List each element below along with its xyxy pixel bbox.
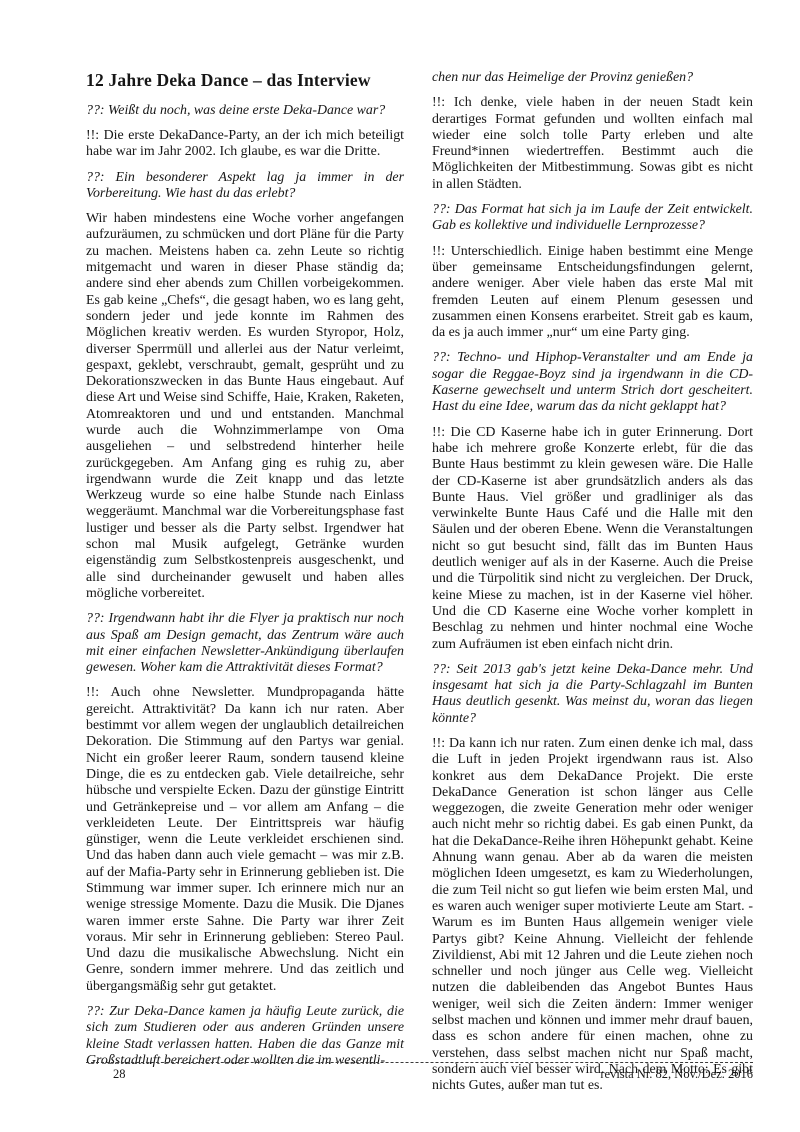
answer-paragraph: !!: Auch ohne Newsletter. Mundpropaganda…	[86, 685, 404, 995]
page-footer: 28 revista Nr. 82, Nov./Dez. 2016	[86, 1062, 753, 1082]
question-paragraph: ??: Ein besonderer Aspekt lag ja immer i…	[86, 170, 404, 203]
page-number: 28	[86, 1068, 126, 1082]
question-paragraph: ??: Das Format hat sich ja im Laufe der …	[432, 202, 753, 235]
question-paragraph: ??: Irgendwann habt ihr die Flyer ja pra…	[86, 611, 404, 676]
right-column: chen nur das Heimelige der Provinz genie…	[432, 70, 753, 1095]
question-paragraph: ??: Techno- und Hiphop-Veranstalter und …	[432, 350, 753, 415]
left-column: 12 Jahre Deka Dance – das Interview ??: …	[86, 70, 404, 1095]
question-paragraph: ??: Seit 2013 gab's jetzt keine Deka-Dan…	[432, 662, 753, 727]
issue-info: revista Nr. 82, Nov./Dez. 2016	[600, 1068, 753, 1082]
article-body: 12 Jahre Deka Dance – das Interview ??: …	[86, 70, 753, 1095]
question-paragraph: chen nur das Heimelige der Provinz genie…	[432, 70, 753, 86]
answer-paragraph: !!: Unterschiedlich. Einige haben bestim…	[432, 244, 753, 342]
answer-paragraph: !!: Die erste DekaDance-Party, an der ic…	[86, 128, 404, 161]
answer-paragraph: !!: Die CD Kaserne habe ich in guter Eri…	[432, 425, 753, 653]
magazine-page: 12 Jahre Deka Dance – das Interview ??: …	[0, 0, 800, 1132]
answer-paragraph: !!: Da kann ich nur raten. Zum einen den…	[432, 736, 753, 1095]
answer-paragraph: !!: Ich denke, viele haben in der neuen …	[432, 95, 753, 193]
question-paragraph: ??: Weißt du noch, was deine erste Deka-…	[86, 103, 404, 119]
article-title: 12 Jahre Deka Dance – das Interview	[86, 70, 404, 91]
answer-paragraph: Wir haben mindestens eine Woche vorher a…	[86, 211, 404, 602]
question-paragraph: ??: Zur Deka-Dance kamen ja häufig Leute…	[86, 1004, 404, 1069]
